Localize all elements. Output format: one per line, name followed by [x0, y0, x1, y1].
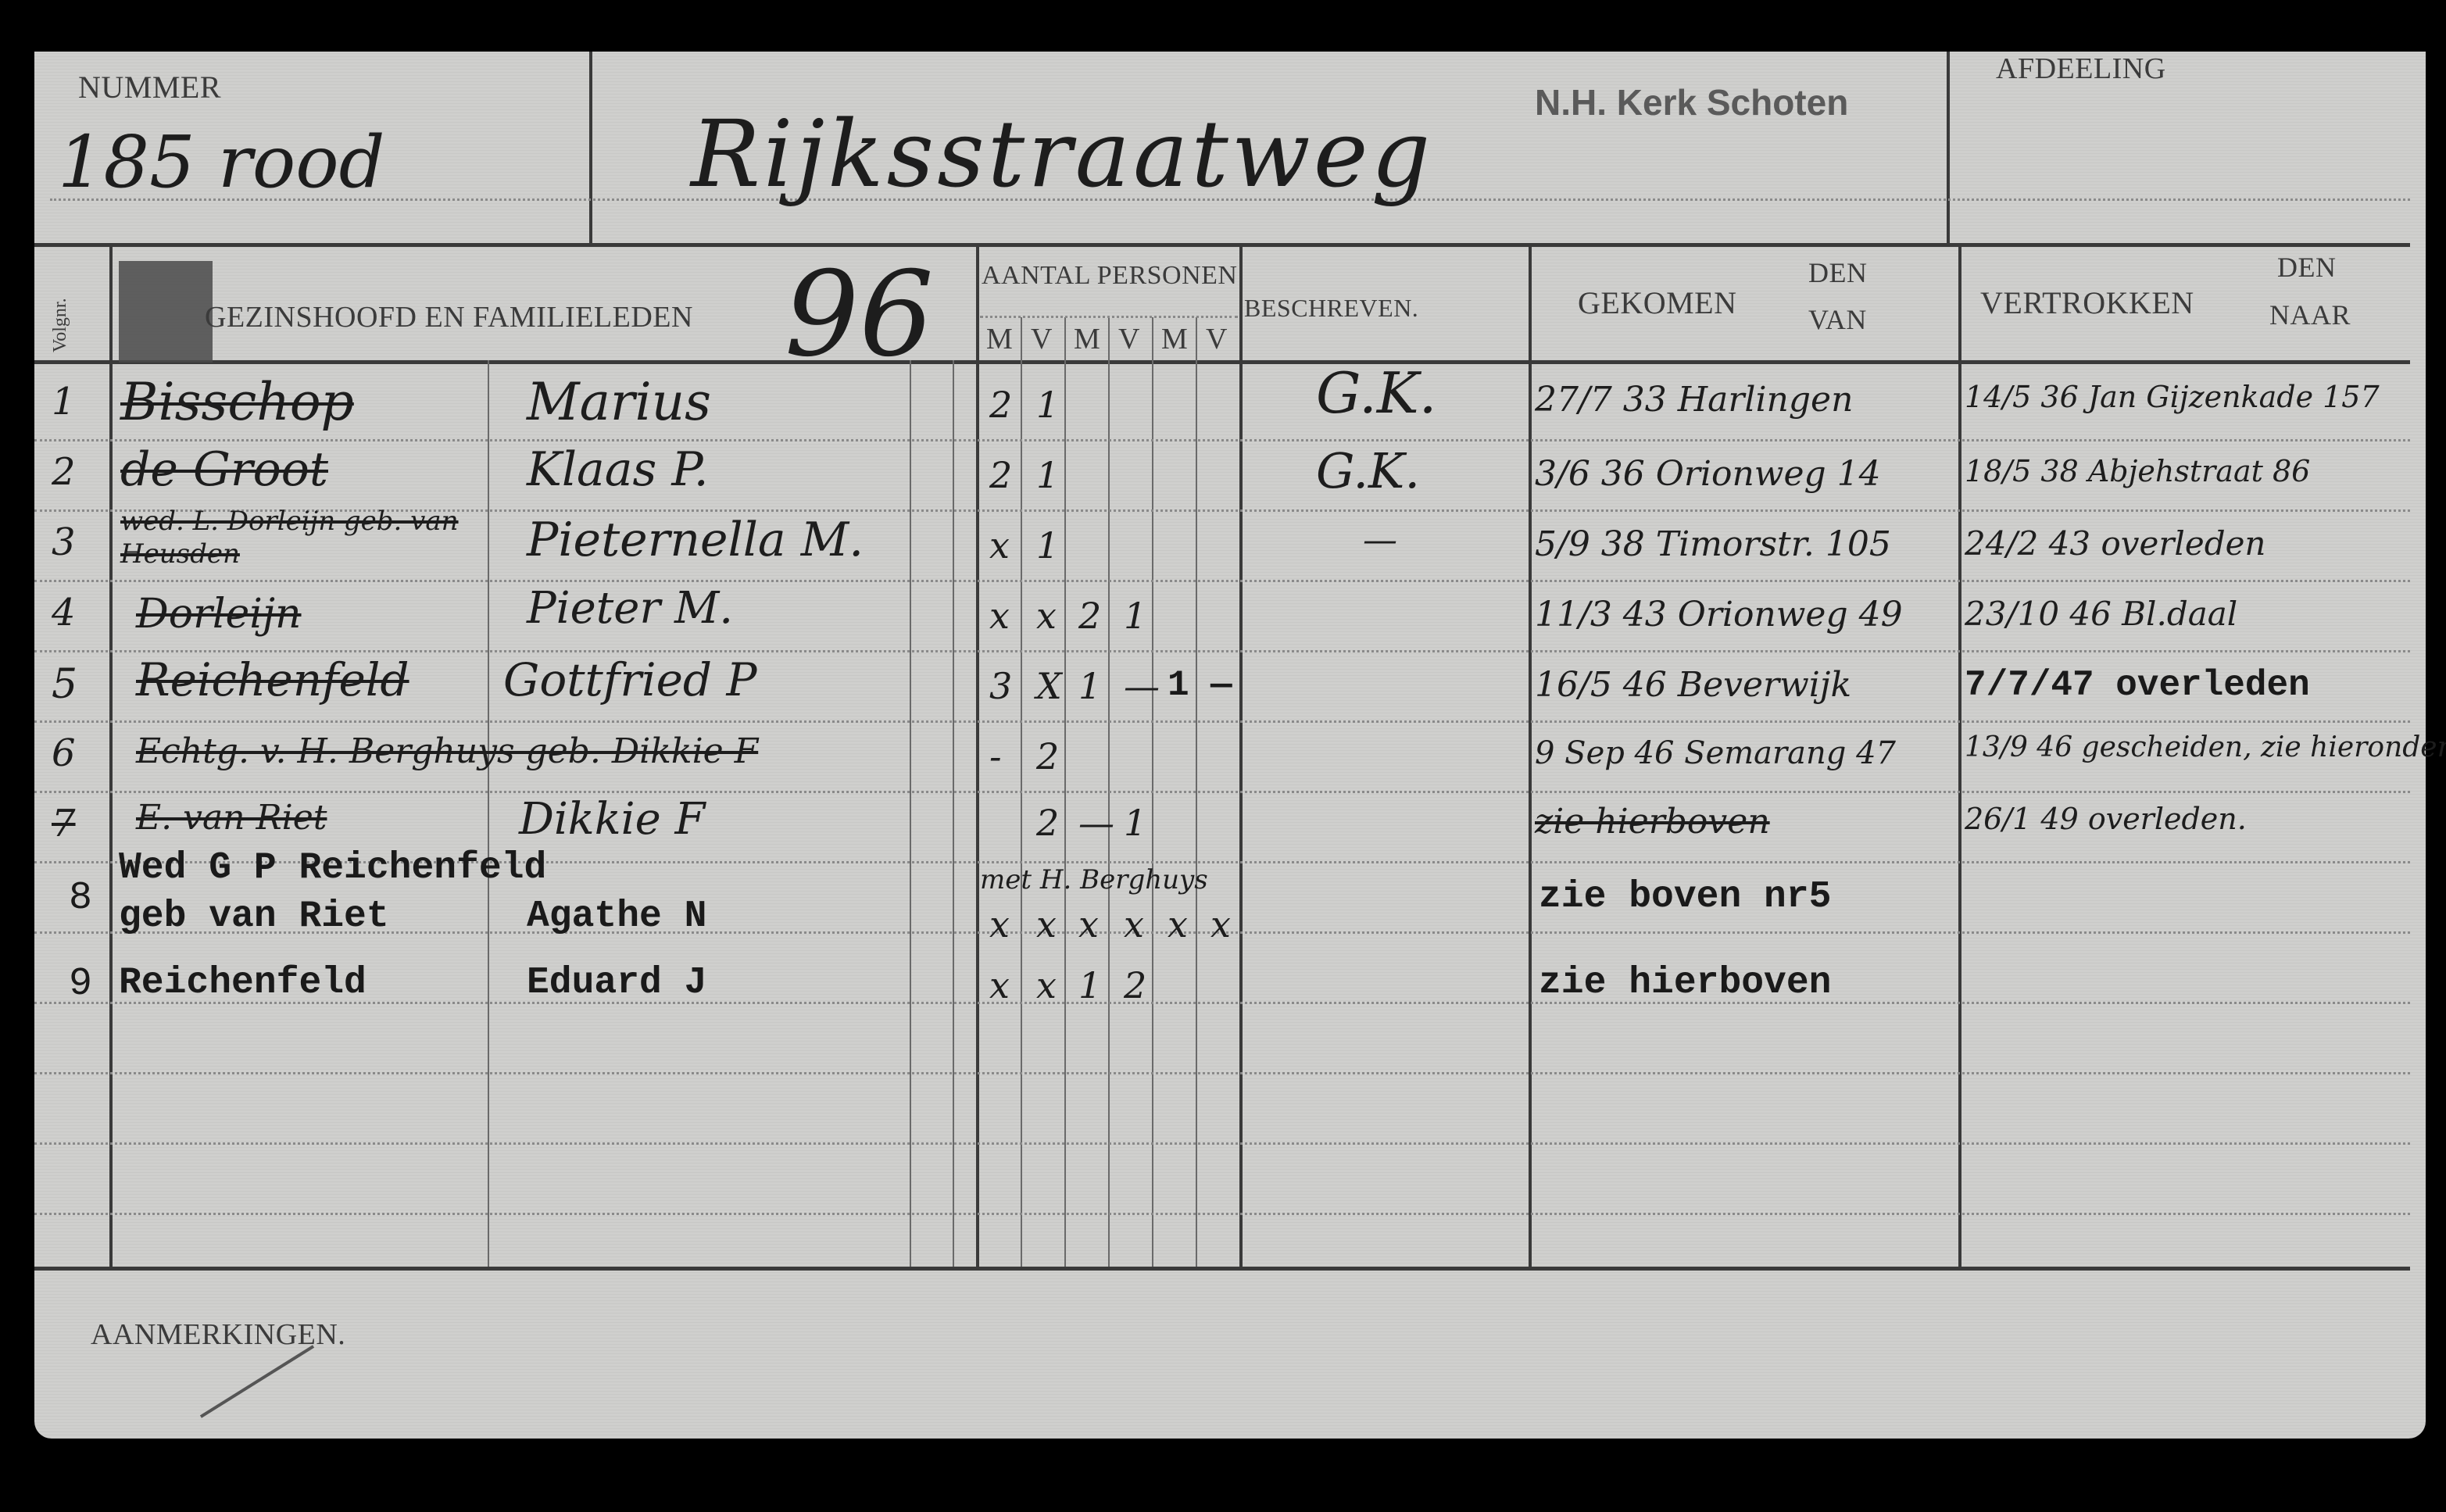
- beschreven-value: —: [1363, 520, 1397, 560]
- surname: Reichenfeld: [136, 653, 409, 706]
- divider: [910, 360, 911, 1267]
- beschreven-header: BESCHREVEN.: [1244, 294, 1418, 323]
- surname: Dorleijn: [136, 591, 302, 638]
- gezinshoofd-header: GEZINSHOOFD EN FAMILIELEDEN: [205, 300, 693, 334]
- count-v2: —: [1124, 665, 1160, 707]
- count-m2: 1: [1078, 665, 1101, 707]
- surname: Reichenfeld: [119, 962, 367, 1004]
- vertrokken-den: DEN: [2277, 251, 2337, 284]
- count-v1: 2: [1036, 802, 1059, 844]
- gekomen-den: DEN: [1808, 256, 1868, 289]
- volgnr-label: Volgnr.: [50, 298, 71, 352]
- count-m1: x: [989, 903, 1010, 945]
- annotation-96: 96: [785, 247, 934, 383]
- surname-line2: geb van Riet: [119, 895, 389, 938]
- divider: [1947, 52, 1950, 243]
- counts-note: met H. Berghuys: [980, 864, 1208, 895]
- vertrokken-value: 14/5 36 Jan Gijzenkade 157: [1965, 380, 2380, 414]
- mv-v2: V: [1118, 322, 1140, 356]
- mv-v1: V: [1031, 322, 1053, 356]
- count-m2: —: [1078, 802, 1114, 844]
- count-v3: —: [1210, 665, 1232, 706]
- registration-card: NUMMER 185 rood Rijksstraatweg N.H. Kerk…: [34, 52, 2426, 1439]
- pen-mark: [200, 1345, 314, 1417]
- given-name: Agathe N: [527, 895, 706, 938]
- vertrokken-value: 24/2 43 overleden: [1965, 524, 2266, 563]
- gekomen-value: 11/3 43 Orionweg 49: [1535, 595, 1903, 634]
- divider: [980, 316, 1238, 318]
- count-v1: 1: [1036, 384, 1059, 426]
- count-v1: x: [1036, 595, 1057, 637]
- beschreven-value: G.K.: [1316, 442, 1420, 499]
- count-v1: 2: [1036, 735, 1059, 777]
- vertrokken-value: 26/1 49 overleden.: [1965, 802, 2247, 836]
- divider: [589, 52, 592, 243]
- surname: wed. L. Dorleijn geb. van Heusden: [120, 505, 495, 570]
- vertrokken-value: 13/9 46 gescheiden, zie hieronder: [1965, 731, 2446, 763]
- count-m2: 1: [1078, 964, 1101, 1006]
- count-v1: X: [1036, 665, 1062, 707]
- street-name: Rijksstraatweg: [691, 100, 1433, 208]
- given-name: Eduard J: [527, 962, 706, 1004]
- row-number: 7: [52, 802, 76, 845]
- surname: Bisschop: [120, 372, 354, 432]
- count-v2: x: [1124, 903, 1144, 945]
- row-number: 5: [52, 661, 77, 708]
- count-v2: 1: [1124, 802, 1146, 844]
- surname: E. van Riet: [136, 798, 327, 838]
- row-number: 8: [69, 876, 92, 920]
- gekomen-value: zie hierboven: [1539, 962, 1831, 1004]
- row-number: 4: [52, 591, 76, 634]
- vertrokken-value: 23/10 46 Bl.daal: [1965, 595, 2237, 633]
- count-v2: 1: [1124, 595, 1146, 637]
- row-number: 3: [52, 520, 76, 564]
- beschreven-value: G.K.: [1316, 360, 1437, 426]
- vertrokken-header: VERTROKKEN: [1980, 284, 2194, 321]
- count-m1: -: [989, 735, 1002, 777]
- count-m2: 2: [1078, 595, 1101, 637]
- divider: [109, 243, 113, 1267]
- divider: [34, 360, 2410, 364]
- given-name: Dikkie F: [519, 794, 705, 845]
- divider: [1239, 243, 1243, 1267]
- gekomen-value: zie hierboven: [1535, 802, 1770, 842]
- count-v1: 1: [1036, 454, 1059, 496]
- count-m1: 2: [989, 384, 1012, 426]
- gekomen-value: 9 Sep 46 Semarang 47: [1535, 735, 1896, 771]
- given-name: Marius: [527, 372, 711, 432]
- count-v1: x: [1036, 903, 1057, 945]
- divider: [1529, 243, 1532, 1267]
- row-number: 1: [52, 380, 76, 424]
- given-name: Gottfried P: [503, 653, 757, 706]
- surname: Echtg. v. H. Berghuys geb. Dikkie F: [136, 731, 758, 771]
- row-number: 2: [52, 450, 76, 494]
- gekomen-value: 16/5 46 Beverwijk: [1535, 665, 1851, 705]
- given-name: Pieternella M.: [527, 513, 864, 567]
- given-name: Pieter M.: [527, 583, 733, 634]
- church-stamp: N.H. Kerk Schoten: [1535, 81, 1848, 123]
- gekomen-van: VAN: [1808, 303, 1867, 336]
- count-m3: x: [1168, 903, 1188, 945]
- count-m1: 2: [989, 454, 1012, 496]
- divider: [34, 1267, 2410, 1271]
- divider: [34, 243, 2410, 247]
- vertrokken-value: 18/5 38 Abjehstraat 86: [1965, 454, 2310, 488]
- vertrokken-value: 7/7/47 overleden: [1965, 665, 2310, 706]
- nummer-label: NUMMER: [78, 69, 221, 105]
- given-name: Klaas P.: [527, 442, 709, 497]
- divider: [1958, 243, 1961, 1267]
- gekomen-value: zie boven nr5: [1539, 876, 1831, 918]
- count-v3: x: [1210, 903, 1231, 945]
- aantal-personen-header: AANTAL PERSONEN: [982, 261, 1237, 291]
- surname: Wed G P Reichenfeld: [119, 847, 546, 889]
- surname: de Groot: [120, 442, 328, 497]
- count-m1: 3: [989, 665, 1012, 707]
- count-v2: 2: [1124, 964, 1146, 1006]
- gekomen-value: 3/6 36 Orionweg 14: [1535, 454, 1881, 494]
- divider: [953, 360, 954, 1267]
- vertrokken-naar: NAAR: [2269, 298, 2351, 331]
- count-v1: 1: [1036, 524, 1059, 567]
- gekomen-value: 5/9 38 Timorstr. 105: [1535, 524, 1891, 564]
- nummer-value: 185 rood: [58, 120, 385, 204]
- count-m1: x: [989, 524, 1010, 567]
- row-number: 9: [69, 962, 92, 1006]
- mv-m3: M: [1161, 322, 1188, 356]
- afdeeling-label: AFDEELING: [1996, 52, 2166, 86]
- gekomen-header: GEKOMEN: [1578, 284, 1736, 321]
- count-m1: x: [989, 595, 1010, 637]
- divider: [976, 243, 979, 1267]
- count-m1: x: [989, 964, 1010, 1006]
- count-v1: x: [1036, 964, 1057, 1006]
- smudge: [119, 261, 213, 363]
- mv-m2: M: [1074, 322, 1100, 356]
- aanmerkingen-label: AANMERKINGEN.: [91, 1317, 345, 1352]
- mv-v3: V: [1206, 322, 1228, 356]
- divider: [488, 360, 489, 1267]
- mv-m1: M: [986, 322, 1013, 356]
- count-m2: x: [1078, 903, 1099, 945]
- gekomen-value: 27/7 33 Harlingen: [1535, 380, 1853, 420]
- row-number: 6: [52, 731, 76, 775]
- count-m3: 1: [1168, 665, 1189, 706]
